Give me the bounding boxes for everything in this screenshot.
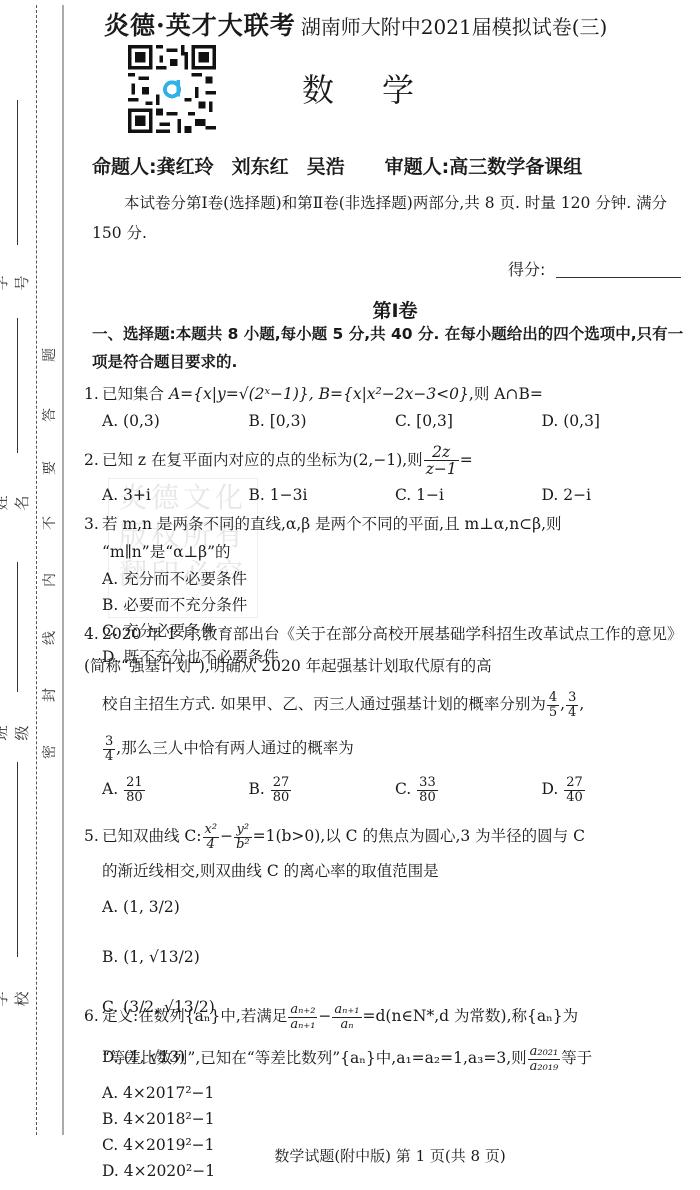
label-class: 班 级 (0, 724, 32, 742)
question-1: 1.已知集合 A={x|y=√(2ˣ−1)}, B={x|x²−2x−3<0},… (84, 380, 688, 434)
option-c[interactable]: C. 3380 (395, 776, 542, 804)
margin-border-line (62, 5, 64, 1135)
fraction: x²4 (203, 823, 220, 851)
math-expression: A={x|y=√(2ˣ−1)}, B={x|x²−2x−3<0} (169, 385, 469, 403)
fraction: a₂₀₂₁a₂₀₁₉ (528, 1045, 561, 1073)
author-2: 刘东红 (232, 156, 289, 178)
seal-char: 不 (39, 514, 59, 532)
option-b[interactable]: B. 必要而不充分条件 (102, 592, 416, 618)
option-d[interactable]: D. 2−i (542, 482, 689, 508)
option-b[interactable]: B. 2780 (249, 776, 396, 804)
label-school: 学 校 (0, 990, 32, 1008)
fraction: aₙ₊₂aₙ₊₁ (288, 1003, 317, 1031)
exam-subtitle: 湖南师大附中2021届模拟试卷(三) (301, 15, 608, 39)
question-number: 2. (84, 446, 102, 474)
fraction: 2zz−1 (424, 444, 459, 478)
option-a[interactable]: A. 3+i (102, 482, 249, 508)
exam-title: 炎德·英才大联考 湖南师大附中2021届模拟试卷(三) (104, 6, 607, 42)
option-b[interactable]: B. 4×2018²−1 (102, 1106, 416, 1132)
score-blank[interactable] (556, 277, 681, 278)
seal-char: 题 (39, 346, 59, 364)
question-2: 2.已知 z 在复平面内对应的点的坐标为(2,−1),则2zz−1= A. 3+… (84, 444, 688, 508)
school-underline (17, 762, 18, 957)
label-student-id: 学 号 (0, 274, 32, 292)
question-number: 1. (84, 380, 102, 408)
question-4: 4.2020 年 1 月,教育部出台《关于在部分高校开展基础学科招生改革试点工作… (84, 618, 688, 804)
seal-char: 内 (39, 571, 59, 589)
label-name: 姓 名 (0, 494, 32, 512)
option-a[interactable]: A. 2180 (102, 776, 249, 804)
option-a[interactable]: A. (1, 3/2) (102, 894, 416, 944)
option-d[interactable]: D. 2740 (542, 776, 689, 804)
option-a[interactable]: A. 充分而不必要条件 (102, 566, 416, 592)
question-number: 5. (84, 816, 102, 856)
authors-line: 命题人:龚红玲刘东红吴浩审题人:高三数学备课组 (92, 152, 600, 179)
part-title: 第Ⅰ卷 (0, 296, 700, 323)
seal-char: 答 (39, 406, 59, 424)
exam-instructions: 本试卷分第Ⅰ卷(选择题)和第Ⅱ卷(非选择题)两部分,共 8 页. 时量 120 … (92, 188, 686, 248)
exam-brand: 炎德·英才大联考 (104, 11, 296, 40)
fraction: 34 (566, 691, 578, 719)
author-1: 命题人:龚红玲 (92, 156, 214, 178)
option-d[interactable]: D. (0,3] (542, 408, 689, 434)
reviewer: 审题人:高三数学备课组 (385, 156, 583, 178)
question-number: 3. (84, 510, 102, 538)
author-3: 吴浩 (307, 156, 345, 178)
qr-code-icon[interactable] (128, 45, 216, 133)
option-b[interactable]: B. (1, √13/2) (102, 944, 416, 994)
student-id-underline (17, 100, 18, 245)
fraction: 45 (547, 691, 559, 719)
seal-char: 密 (39, 743, 59, 761)
section-heading: 一、选择题:本题共 8 小题,每小题 5 分,共 40 分. 在每小题给出的四个… (92, 320, 686, 376)
name-underline (17, 318, 18, 453)
question-number: 6. (84, 996, 102, 1036)
option-a[interactable]: A. 4×2017²−1 (102, 1080, 416, 1106)
class-underline (17, 562, 18, 692)
seal-line-dotted (36, 5, 37, 1135)
option-c[interactable]: C. 1−i (395, 482, 542, 508)
option-b[interactable]: B. 1−3i (249, 482, 396, 508)
option-b[interactable]: B. [0,3) (249, 408, 396, 434)
fraction: y²b² (234, 823, 252, 851)
fraction: aₙ₊₁aₙ (332, 1003, 361, 1031)
page-footer: 数学试题(附中版) 第 1 页(共 8 页) (0, 1145, 700, 1166)
subject-title: 数学 (302, 65, 462, 111)
score-label: 得分: (508, 257, 545, 280)
option-a[interactable]: A. (0,3) (102, 408, 249, 434)
question-number: 4. (84, 618, 102, 650)
seal-char: 线 (39, 629, 59, 647)
fraction: 34 (103, 735, 115, 763)
seal-char: 要 (39, 459, 59, 477)
option-c[interactable]: C. [0,3] (395, 408, 542, 434)
seal-char: 封 (39, 686, 59, 704)
